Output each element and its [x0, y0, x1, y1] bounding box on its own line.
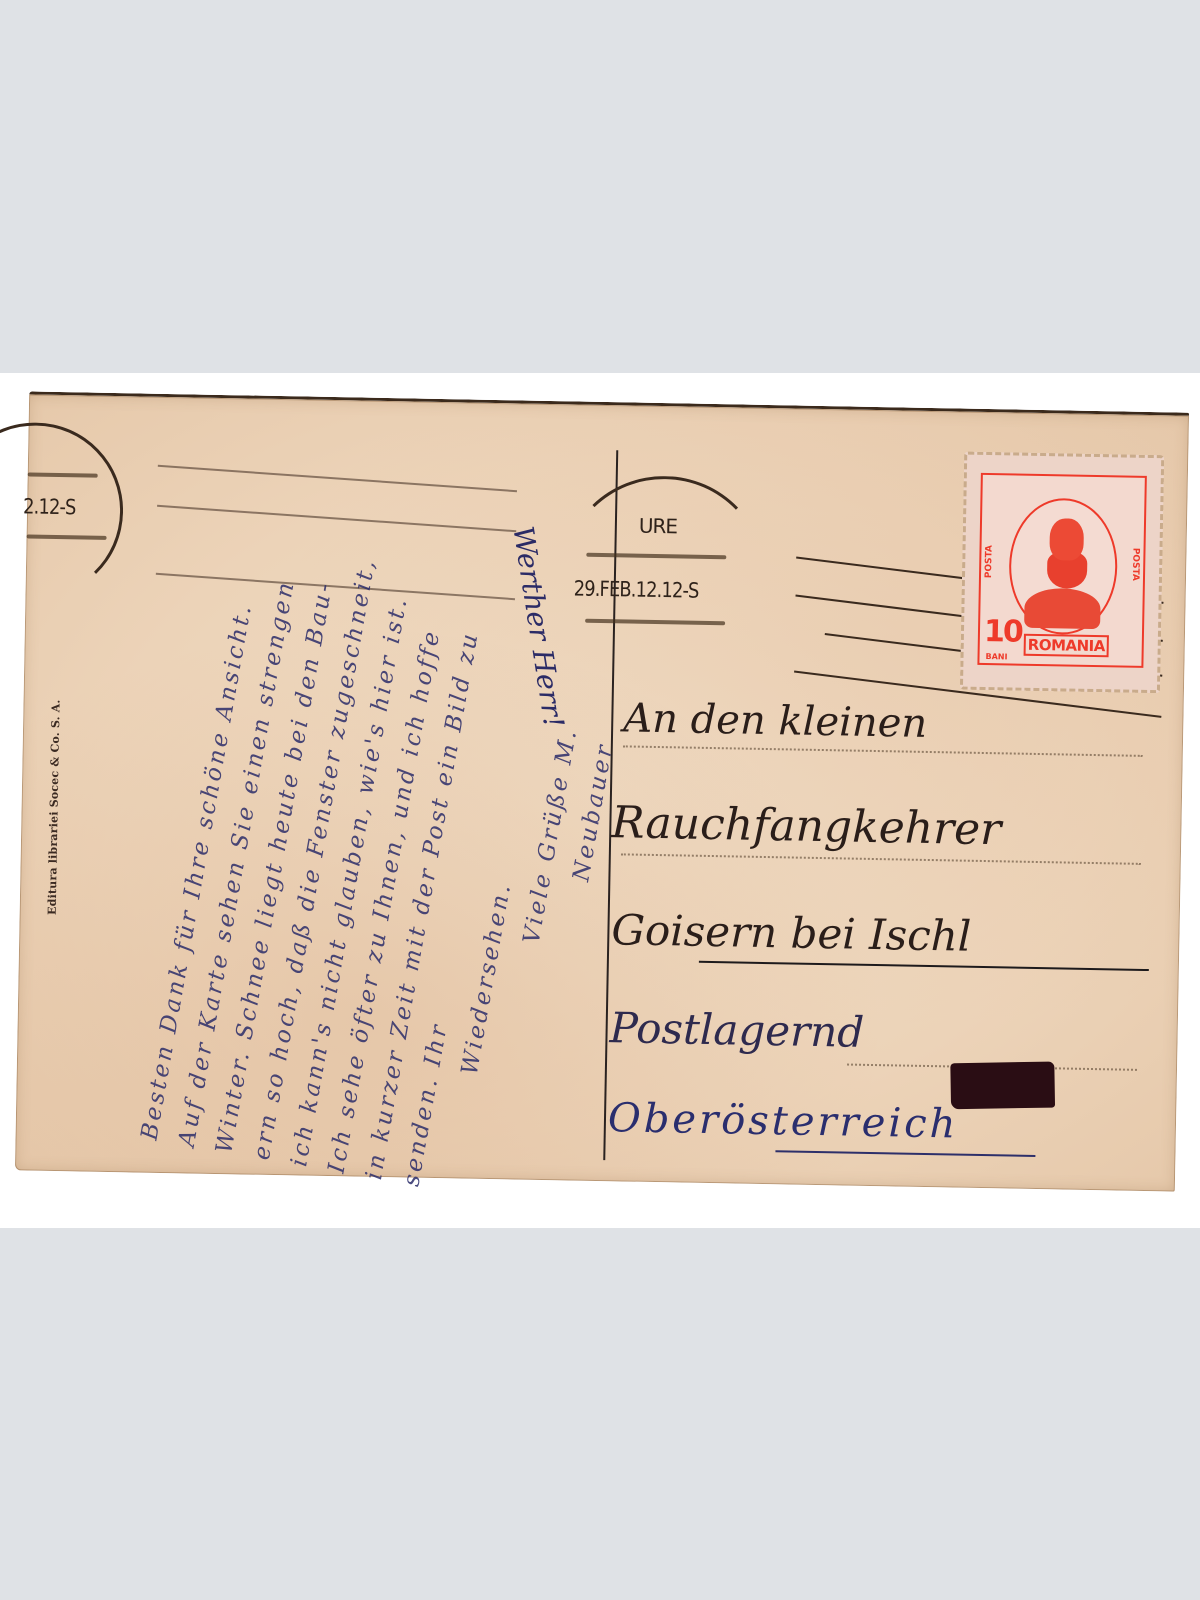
postage-stamp: POSTA POSTA 10 BANI ROMANIA	[960, 452, 1164, 694]
address-line-3: Goisern bei Ischl	[611, 905, 972, 961]
stamp-value: 10	[984, 614, 1022, 650]
ink-redaction-blot	[950, 1062, 1055, 1110]
address-line-4: Postlagernd	[609, 1003, 864, 1057]
address-line-5: Oberösterreich	[608, 1095, 959, 1147]
publisher-imprint: Editura librariei Socec & Co. S. A.	[46, 585, 72, 915]
address-line-2: Rauchfangkehrer	[611, 797, 1002, 855]
address-dotted-rule	[623, 745, 1143, 757]
postmark-left-date: 2.12-S	[23, 494, 76, 519]
portrait-head	[1049, 518, 1084, 561]
address-underline	[699, 961, 1149, 971]
address-line-1: An den kleinen	[623, 695, 928, 747]
stamp-side-text-left: POSTA	[984, 545, 995, 578]
postmark-date: 29.FEB.12.12-S	[573, 576, 698, 602]
stamp-side-text-right: POSTA	[1130, 548, 1141, 581]
stamp-portrait-oval	[1008, 497, 1118, 635]
stamp-unit: BANI	[985, 652, 1007, 661]
portrait-body	[1024, 588, 1101, 629]
address-underline	[775, 1150, 1035, 1157]
stamp-frame: POSTA POSTA 10 BANI ROMANIA	[977, 473, 1146, 668]
address-dotted-rule	[621, 853, 1141, 865]
stamp-country: ROMANIA	[1024, 634, 1109, 658]
postcard: Editura librariei Socec & Co. S. A. 2.12…	[15, 391, 1189, 1191]
postmark-town: URE	[639, 514, 678, 539]
